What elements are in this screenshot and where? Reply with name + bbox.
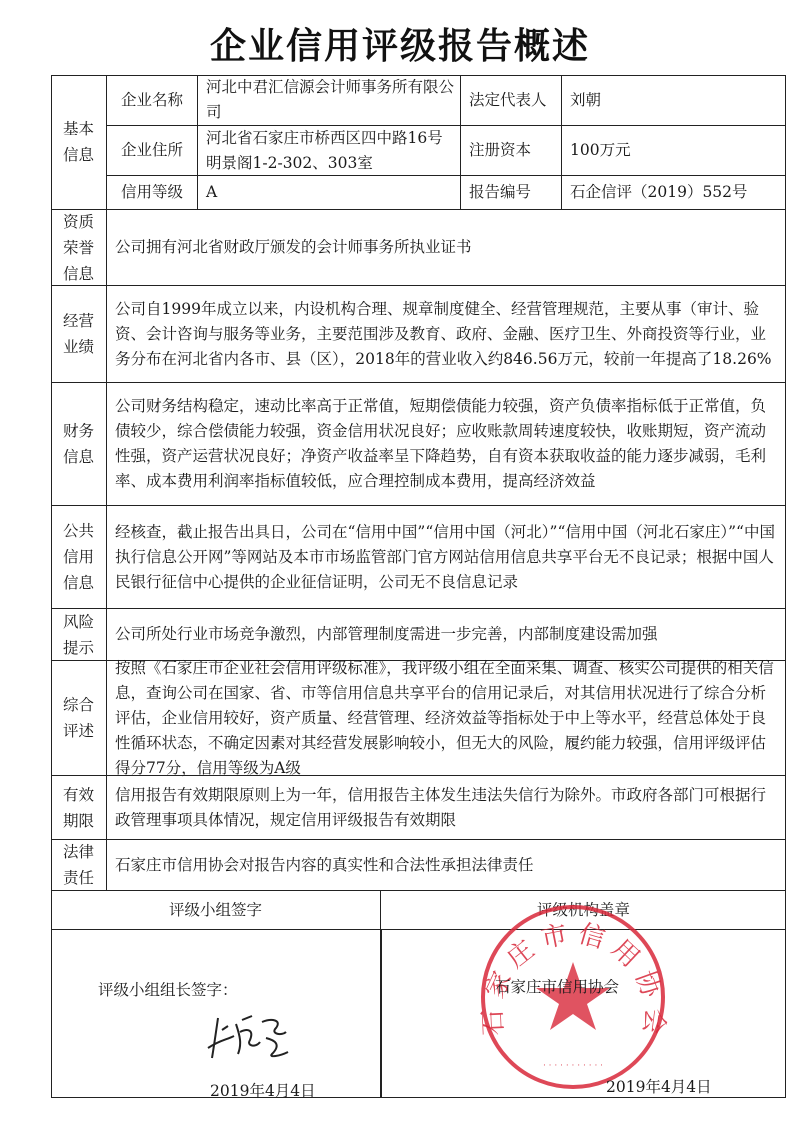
rating-value: A: [198, 176, 461, 209]
left-signature-header: 评级小组签字: [51, 891, 381, 929]
section-content: 公司财务结构稳定，速动比率高于正常值，短期偿债能力较强，资产负债率指标低于正常值…: [107, 383, 786, 505]
signature-divider: [380, 930, 382, 1098]
section-validity: 有效期限 信用报告有效期限原则上为一年，信用报告主体发生违法失信行为除外。市政府…: [51, 776, 786, 840]
section-content: 信用报告有效期限原则上为一年，信用报告主体发生违法失信行为除外。市政府各部门可根…: [107, 776, 786, 839]
report-number-value: 石企信评（2019）552号: [562, 176, 786, 209]
basic-row-rating: 信用等级 A 报告编号 石企信评（2019）552号: [107, 176, 786, 210]
section-label: 资质荣誉信息: [63, 209, 95, 287]
section-public-credit: 公共信用信息 经核查，截止报告出具日，公司在“信用中国”“信用中国（河北）”“信…: [51, 506, 786, 609]
section-legal: 法律责任 石家庄市信用协会对报告内容的真实性和合法性承担法律责任: [51, 840, 786, 891]
section-label: 风险提示: [63, 609, 95, 661]
section-content: 公司所处行业市场竞争激烈，内部管理制度需进一步完善，内部制度建设需加强: [107, 609, 786, 660]
section-content: 石家庄市信用协会对报告内容的真实性和合法性承担法律责任: [107, 840, 786, 890]
section-content: 公司拥有河北省财政厅颁发的会计师事务所执业证书: [107, 210, 786, 285]
section-label: 有效期限: [63, 782, 95, 834]
section-label: 公共信用信息: [63, 518, 95, 596]
legal-rep-value: 刘朝: [562, 75, 786, 125]
leader-signature-label: 评级小组组长签字：: [98, 978, 238, 1000]
section-label: 法律责任: [63, 839, 95, 891]
section-content: 按照《石家庄市企业社会信用评级标准》，我评级小组在全面采集、调查、核实公司提供的…: [107, 661, 786, 775]
section-label: 经营业绩: [63, 308, 95, 360]
basic-row-name: 企业名称 河北中君汇信源会计师事务所有限公司 法定代表人 刘朝: [107, 75, 786, 126]
org-name-text: 石家庄市信用协会: [495, 975, 619, 997]
section-summary: 综合评述 按照《石家庄市企业社会信用评级标准》，我评级小组在全面采集、调查、核实…: [51, 661, 786, 776]
section-label: 财务信息: [63, 418, 95, 470]
official-seal-icon: 石家庄市信用协会 · · · · · · · · · · ·: [476, 900, 671, 1095]
left-signature-date: 2019年4月4日: [210, 1079, 316, 1101]
section-performance: 经营业绩 公司自1999年成立以来，内设机构合理、规章制度健全、经营管理规范，主…: [51, 286, 786, 383]
field-label: 信用等级: [107, 176, 198, 209]
basic-info-label: 基本信息: [51, 75, 107, 210]
field-label: 报告编号: [461, 176, 562, 209]
right-signature-date: 2019年4月4日: [606, 1075, 712, 1097]
section-label: 综合评述: [63, 692, 95, 744]
capital-value: 100万元: [562, 126, 786, 175]
field-label: 企业名称: [107, 75, 198, 125]
section-content: 经核查，截止报告出具日，公司在“信用中国”“信用中国（河北）”“信用中国（河北石…: [107, 506, 786, 608]
svg-text:· · · · · · · · · · ·: · · · · · · · · · · ·: [543, 1061, 603, 1071]
section-content: 公司自1999年成立以来，内设机构合理、规章制度健全、经营管理规范，主要从事（审…: [107, 286, 786, 382]
handwritten-signature-icon: [200, 1010, 295, 1065]
page-title: 企业信用评级报告概述: [0, 18, 800, 69]
signature-header-row: 评级小组签字 评级机构盖章: [51, 891, 786, 930]
section-qualification: 资质荣誉信息 公司拥有河北省财政厅颁发的会计师事务所执业证书: [51, 210, 786, 286]
field-label: 注册资本: [461, 126, 562, 175]
address-value: 河北省石家庄市桥西区四中路16号明景阁1-2-302、303室: [198, 126, 461, 175]
field-label: 企业住所: [107, 126, 198, 175]
section-risk: 风险提示 公司所处行业市场竞争激烈，内部管理制度需进一步完善，内部制度建设需加强: [51, 609, 786, 661]
section-financial: 财务信息 公司财务结构稳定，速动比率高于正常值，短期偿债能力较强，资产负债率指标…: [51, 383, 786, 506]
basic-row-address: 企业住所 河北省石家庄市桥西区四中路16号明景阁1-2-302、303室 注册资…: [107, 126, 786, 176]
field-label: 法定代表人: [461, 75, 562, 125]
company-name-value: 河北中君汇信源会计师事务所有限公司: [198, 75, 461, 125]
